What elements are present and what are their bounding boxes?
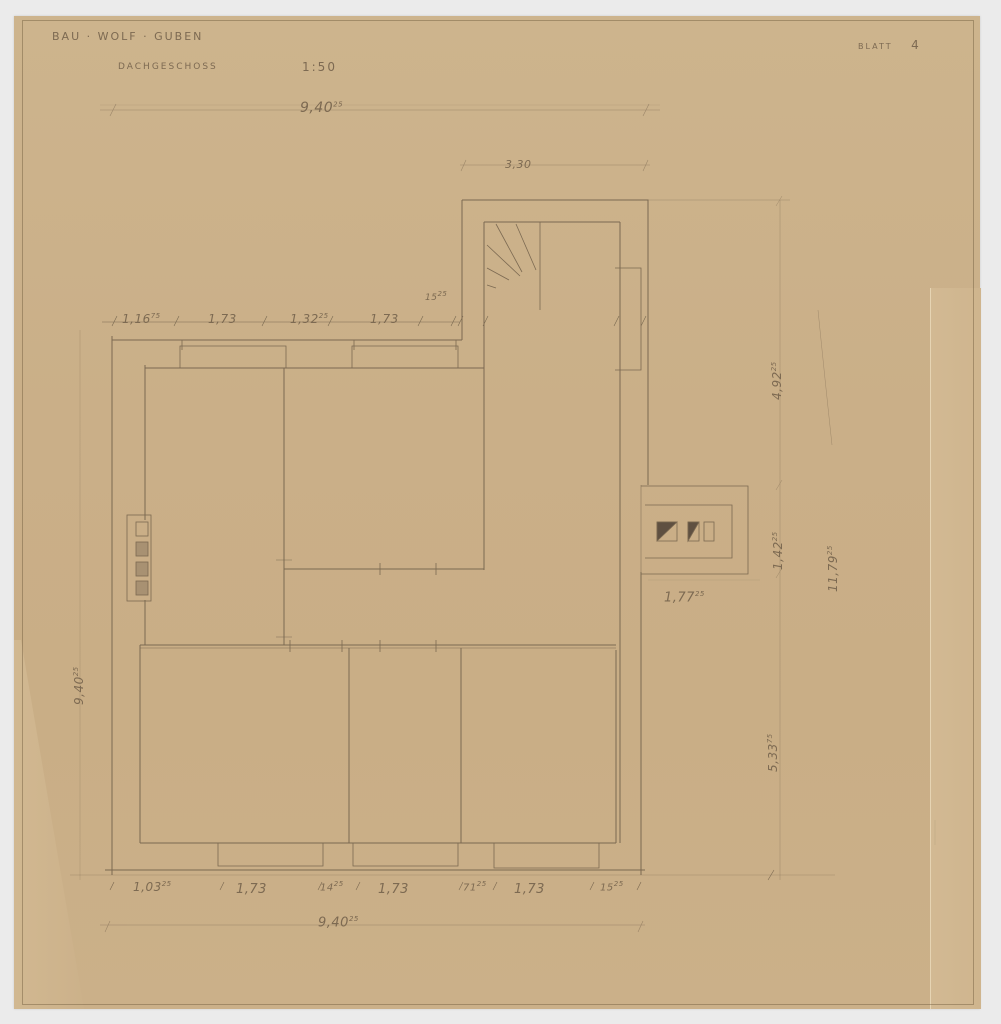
staircase [487,222,540,310]
dim-sup: 25 [770,361,778,371]
project-title: BAU · WOLF · GUBEN [52,30,203,43]
right-dimension-lines [648,196,832,880]
dim-value: 9,40 [318,915,349,930]
dim-value: 1,73 [378,882,409,897]
dim-value: 1,03 [133,880,162,894]
stair-block-dimension [460,160,650,171]
bottom-overall-dimension [100,921,645,932]
dim-sup: 25 [333,100,343,108]
dim-value: 9,40 [72,676,86,705]
sheet-label: BLATT 4 [858,38,921,52]
dim-sup: 25 [334,880,344,888]
dim-value: 1,77 [664,590,695,605]
outer-walls [105,200,648,875]
dim-value: 15 [425,293,437,303]
floor-plan-drawing [0,0,1001,1024]
dim-sup: 25 [349,915,359,923]
dim-right-upper: 4,9225 [770,361,784,400]
dim-value: 5,33 [766,743,780,772]
dim-sup: 25 [771,531,779,541]
dim-top-chain-4: 1525 [425,290,447,303]
dim-bottom-overall: 9,4025 [318,915,359,930]
dim-chimney-width: 1,7725 [664,590,705,605]
dim-right-overall: 11,7925 [826,545,840,592]
sheet-number: 4 [911,38,921,52]
top-windows [180,340,458,368]
drawing-name: DACHGESCHOSS [118,62,218,72]
dim-value: 3,30 [505,158,532,171]
dim-right-chimney: 1,4225 [771,531,785,570]
chimney-left [127,515,151,601]
dim-left-overall: 9,4025 [72,666,86,705]
dim-value: 9,40 [300,100,333,116]
dim-sup: 75 [766,733,774,743]
dim-value: 71 [463,882,477,893]
dim-sup: 25 [162,880,172,888]
door-marks [276,560,436,652]
dim-value: 1,73 [236,882,267,897]
dim-top-overall: 9,4025 [300,100,343,116]
dim-sup: 75 [151,312,161,320]
dim-top-chain-2: 1,3225 [290,312,329,326]
dim-right-lower: 5,3375 [766,733,780,772]
dim-value: 1,73 [370,312,399,326]
dim-value: 1,42 [771,541,785,570]
dim-value: 1,73 [208,312,237,326]
dim-value: 4,92 [770,371,784,400]
chimney-right [641,486,748,574]
dim-value: 11,79 [826,555,840,592]
dim-value: 14 [320,882,334,893]
dim-bottom-chain-1: 1,73 [236,882,267,897]
construction-guides [100,105,935,845]
dim-bottom-chain-4: 7125 [463,880,487,893]
dim-sup: 25 [319,312,329,320]
dim-value: 1,73 [514,882,545,897]
dim-stair-block: 3,30 [505,158,532,171]
dim-value: 1,16 [122,312,151,326]
dim-bottom-chain-2: 1425 [320,880,344,893]
bottom-chain-dimension [70,870,835,890]
top-overall-dimension [100,104,660,116]
sheet-label-text: BLATT [858,42,893,51]
stair-window [615,268,641,370]
dim-bottom-chain-0: 1,0325 [133,880,172,894]
dim-sup: 25 [695,590,705,598]
dim-value: 1,32 [290,312,319,326]
dim-sup: 25 [477,880,487,888]
dim-sup: 25 [826,545,834,555]
dim-value: 15 [600,882,614,893]
dim-sup: 25 [614,880,624,888]
dim-bottom-chain-3: 1,73 [378,882,409,897]
dim-sup: 25 [437,290,447,298]
bottom-windows [218,843,599,868]
dim-top-chain-0: 1,1675 [122,312,161,326]
dim-top-chain-3: 1,73 [370,312,399,326]
dim-bottom-chain-5: 1,73 [514,882,545,897]
drawing-scale: 1:50 [302,60,337,74]
dim-sup: 25 [72,666,80,676]
dim-bottom-chain-6: 1525 [600,880,624,893]
dim-top-chain-1: 1,73 [208,312,237,326]
